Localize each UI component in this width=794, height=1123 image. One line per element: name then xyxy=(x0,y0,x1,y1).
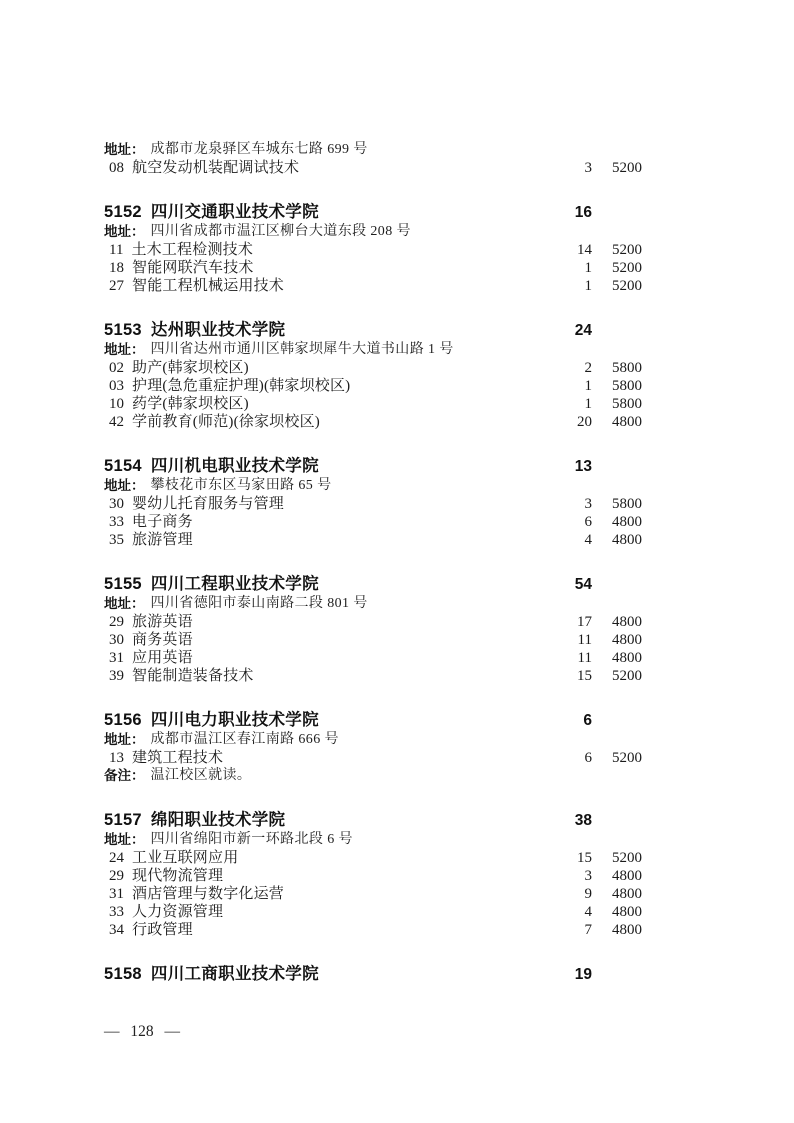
college-total: 24 xyxy=(546,321,592,341)
address-line-label: 地址： xyxy=(104,141,145,159)
major-code: 02 xyxy=(109,359,124,377)
college-section: 5153达州职业技术学院24地址：四川省达州市通川区韩家坝犀牛大道书山路 1 号… xyxy=(104,320,642,431)
major-row: 18智能网联汽车技术15200 xyxy=(104,259,642,277)
college-heading: 5154四川机电职业技术学院13 xyxy=(104,456,642,477)
college-code: 5158 xyxy=(104,964,142,984)
major-row: 33电子商务64800 xyxy=(104,513,642,531)
address-line: 地址：成都市温江区春江南路 666 号 xyxy=(104,731,642,749)
college-total: 38 xyxy=(546,811,592,831)
major-fee: 5800 xyxy=(592,377,642,395)
major-name: 建筑工程技术 xyxy=(132,749,546,767)
college-section: 5154四川机电职业技术学院13地址：攀枝花市东区马家田路 65 号30婴幼儿托… xyxy=(104,456,642,549)
major-code: 31 xyxy=(109,885,124,903)
major-code: 29 xyxy=(109,867,124,885)
college-total: 54 xyxy=(546,575,592,595)
college-code: 5152 xyxy=(104,202,142,222)
college-heading: 5152四川交通职业技术学院16 xyxy=(104,202,642,223)
major-row: 13建筑工程技术65200 xyxy=(104,749,642,767)
major-count: 1 xyxy=(546,377,592,395)
major-fee: 5200 xyxy=(592,667,642,685)
major-count: 15 xyxy=(546,849,592,867)
major-name: 婴幼儿托育服务与管理 xyxy=(132,495,546,513)
major-code: 30 xyxy=(109,495,124,513)
major-count: 3 xyxy=(546,495,592,513)
major-count: 1 xyxy=(546,259,592,277)
college-heading: 5157绵阳职业技术学院38 xyxy=(104,810,642,831)
college-section: 5158四川工商职业技术学院19 xyxy=(104,964,642,985)
address-line-text: 四川省绵阳市新一环路北段 6 号 xyxy=(151,831,643,849)
major-count: 7 xyxy=(546,921,592,939)
college-section: 5156四川电力职业技术学院6地址：成都市温江区春江南路 666 号13建筑工程… xyxy=(104,710,642,785)
major-fee: 4800 xyxy=(592,613,642,631)
address-line: 地址：四川省达州市通川区韩家坝犀牛大道书山路 1 号 xyxy=(104,341,642,359)
major-code: 33 xyxy=(109,513,124,531)
address-line: 地址：攀枝花市东区马家田路 65 号 xyxy=(104,477,642,495)
address-line-label: 地址： xyxy=(104,831,145,849)
major-row: 34行政管理74800 xyxy=(104,921,642,939)
major-code: 08 xyxy=(109,159,124,177)
major-count: 14 xyxy=(546,241,592,259)
major-row: 11土木工程检测技术145200 xyxy=(104,241,642,259)
major-fee: 5200 xyxy=(592,277,642,295)
major-row: 31应用英语114800 xyxy=(104,649,642,667)
college-total: 16 xyxy=(546,203,592,223)
major-row: 30商务英语114800 xyxy=(104,631,642,649)
major-name: 土木工程检测技术 xyxy=(131,241,546,259)
major-code: 13 xyxy=(109,749,124,767)
major-fee: 4800 xyxy=(592,867,642,885)
address-line-text: 成都市温江区春江南路 666 号 xyxy=(151,731,643,749)
major-fee: 5200 xyxy=(592,241,642,259)
major-name: 智能制造装备技术 xyxy=(132,667,546,685)
major-name: 护理(急危重症护理)(韩家坝校区) xyxy=(132,377,546,395)
major-code: 24 xyxy=(109,849,124,867)
address-line-text: 四川省达州市通川区韩家坝犀牛大道书山路 1 号 xyxy=(151,341,643,359)
college-heading: 5155四川工程职业技术学院54 xyxy=(104,574,642,595)
major-count: 20 xyxy=(546,413,592,431)
admission-plan-list: 地址：成都市龙泉驿区车城东七路 699 号08航空发动机装配调试技术352005… xyxy=(104,141,642,985)
major-name: 商务英语 xyxy=(132,631,546,649)
major-code: 27 xyxy=(109,277,124,295)
college-name: 四川机电职业技术学院 xyxy=(151,456,546,476)
address-line-text: 四川省德阳市泰山南路二段 801 号 xyxy=(151,595,643,613)
document-page: 地址：成都市龙泉驿区车城东七路 699 号08航空发动机装配调试技术352005… xyxy=(0,0,794,1123)
major-fee: 5200 xyxy=(592,849,642,867)
major-row: 42学前教育(师范)(徐家坝校区)204800 xyxy=(104,413,642,431)
major-count: 11 xyxy=(546,631,592,649)
major-count: 3 xyxy=(546,159,592,177)
major-name: 旅游管理 xyxy=(132,531,546,549)
major-row: 30婴幼儿托育服务与管理35800 xyxy=(104,495,642,513)
major-name: 人力资源管理 xyxy=(132,903,546,921)
major-count: 4 xyxy=(546,531,592,549)
college-name: 四川交通职业技术学院 xyxy=(151,202,546,222)
major-count: 17 xyxy=(546,613,592,631)
address-line-label: 地址： xyxy=(104,341,145,359)
page-footer: — 128 — xyxy=(104,1023,180,1041)
major-code: 35 xyxy=(109,531,124,549)
major-code: 03 xyxy=(109,377,124,395)
address-line-label: 地址： xyxy=(104,595,145,613)
college-code: 5157 xyxy=(104,810,142,830)
continued-college-section: 地址：成都市龙泉驿区车城东七路 699 号08航空发动机装配调试技术35200 xyxy=(104,141,642,177)
address-line-text: 成都市龙泉驿区车城东七路 699 号 xyxy=(151,141,643,159)
major-code: 18 xyxy=(109,259,124,277)
major-name: 智能工程机械运用技术 xyxy=(132,277,546,295)
major-row: 39智能制造装备技术155200 xyxy=(104,667,642,685)
address-line-label: 地址： xyxy=(104,477,145,495)
major-name: 智能网联汽车技术 xyxy=(132,259,546,277)
major-fee: 5800 xyxy=(592,495,642,513)
major-count: 1 xyxy=(546,277,592,295)
major-fee: 4800 xyxy=(592,921,642,939)
college-heading: 5158四川工商职业技术学院19 xyxy=(104,964,642,985)
college-section: 5152四川交通职业技术学院16地址：四川省成都市温江区柳台大道东段 208 号… xyxy=(104,202,642,295)
note-line-text: 温江校区就读。 xyxy=(151,767,643,785)
major-row: 27智能工程机械运用技术15200 xyxy=(104,277,642,295)
major-name: 药学(韩家坝校区) xyxy=(132,395,546,413)
address-line: 地址：四川省绵阳市新一环路北段 6 号 xyxy=(104,831,642,849)
address-line-label: 地址： xyxy=(104,731,145,749)
major-fee: 4800 xyxy=(592,903,642,921)
note-line: 备注：温江校区就读。 xyxy=(104,767,642,785)
college-name: 绵阳职业技术学院 xyxy=(151,810,546,830)
major-row: 08航空发动机装配调试技术35200 xyxy=(104,159,642,177)
major-code: 31 xyxy=(109,649,124,667)
major-count: 11 xyxy=(546,649,592,667)
major-code: 10 xyxy=(109,395,124,413)
major-fee: 4800 xyxy=(592,631,642,649)
page-number: — 128 — xyxy=(104,1023,180,1040)
major-row: 29旅游英语174800 xyxy=(104,613,642,631)
major-count: 6 xyxy=(546,749,592,767)
major-fee: 4800 xyxy=(592,513,642,531)
major-code: 29 xyxy=(109,613,124,631)
major-code: 42 xyxy=(109,413,124,431)
address-line: 地址：成都市龙泉驿区车城东七路 699 号 xyxy=(104,141,642,159)
college-name: 达州职业技术学院 xyxy=(151,320,546,340)
major-row: 29现代物流管理34800 xyxy=(104,867,642,885)
major-count: 2 xyxy=(546,359,592,377)
major-name: 助产(韩家坝校区) xyxy=(132,359,546,377)
major-name: 应用英语 xyxy=(132,649,546,667)
college-code: 5156 xyxy=(104,710,142,730)
major-name: 工业互联网应用 xyxy=(132,849,546,867)
address-line: 地址：四川省德阳市泰山南路二段 801 号 xyxy=(104,595,642,613)
college-total: 13 xyxy=(546,457,592,477)
major-row: 24工业互联网应用155200 xyxy=(104,849,642,867)
college-total: 6 xyxy=(546,711,592,731)
major-name: 酒店管理与数字化运营 xyxy=(132,885,546,903)
college-code: 5155 xyxy=(104,574,142,594)
major-fee: 5200 xyxy=(592,259,642,277)
major-name: 学前教育(师范)(徐家坝校区) xyxy=(132,413,546,431)
major-fee: 5200 xyxy=(592,159,642,177)
college-heading: 5153达州职业技术学院24 xyxy=(104,320,642,341)
address-line-text: 四川省成都市温江区柳台大道东段 208 号 xyxy=(151,223,643,241)
major-count: 15 xyxy=(546,667,592,685)
college-name: 四川电力职业技术学院 xyxy=(151,710,546,730)
college-section: 5155四川工程职业技术学院54地址：四川省德阳市泰山南路二段 801 号29旅… xyxy=(104,574,642,685)
note-line-label: 备注： xyxy=(104,767,145,785)
major-name: 行政管理 xyxy=(132,921,546,939)
major-fee: 5800 xyxy=(592,395,642,413)
major-count: 4 xyxy=(546,903,592,921)
college-name: 四川工商职业技术学院 xyxy=(151,964,546,984)
major-code: 39 xyxy=(109,667,124,685)
major-name: 旅游英语 xyxy=(132,613,546,631)
college-total: 19 xyxy=(546,965,592,985)
address-line-label: 地址： xyxy=(104,223,145,241)
major-row: 03护理(急危重症护理)(韩家坝校区)15800 xyxy=(104,377,642,395)
major-name: 电子商务 xyxy=(132,513,546,531)
major-count: 1 xyxy=(546,395,592,413)
major-code: 33 xyxy=(109,903,124,921)
major-row: 02助产(韩家坝校区)25800 xyxy=(104,359,642,377)
major-name: 现代物流管理 xyxy=(132,867,546,885)
major-fee: 4800 xyxy=(592,885,642,903)
college-section: 5157绵阳职业技术学院38地址：四川省绵阳市新一环路北段 6 号24工业互联网… xyxy=(104,810,642,939)
major-count: 9 xyxy=(546,885,592,903)
college-heading: 5156四川电力职业技术学院6 xyxy=(104,710,642,731)
major-fee: 4800 xyxy=(592,649,642,667)
address-line: 地址：四川省成都市温江区柳台大道东段 208 号 xyxy=(104,223,642,241)
major-count: 3 xyxy=(546,867,592,885)
major-code: 11 xyxy=(109,241,123,259)
major-fee: 4800 xyxy=(592,413,642,431)
college-name: 四川工程职业技术学院 xyxy=(151,574,546,594)
major-row: 33人力资源管理44800 xyxy=(104,903,642,921)
major-count: 6 xyxy=(546,513,592,531)
college-code: 5153 xyxy=(104,320,142,340)
major-name: 航空发动机装配调试技术 xyxy=(132,159,546,177)
college-code: 5154 xyxy=(104,456,142,476)
major-row: 31酒店管理与数字化运营94800 xyxy=(104,885,642,903)
major-fee: 5200 xyxy=(592,749,642,767)
major-row: 10药学(韩家坝校区)15800 xyxy=(104,395,642,413)
major-code: 30 xyxy=(109,631,124,649)
major-fee: 4800 xyxy=(592,531,642,549)
major-code: 34 xyxy=(109,921,124,939)
address-line-text: 攀枝花市东区马家田路 65 号 xyxy=(151,477,643,495)
major-fee: 5800 xyxy=(592,359,642,377)
major-row: 35旅游管理44800 xyxy=(104,531,642,549)
